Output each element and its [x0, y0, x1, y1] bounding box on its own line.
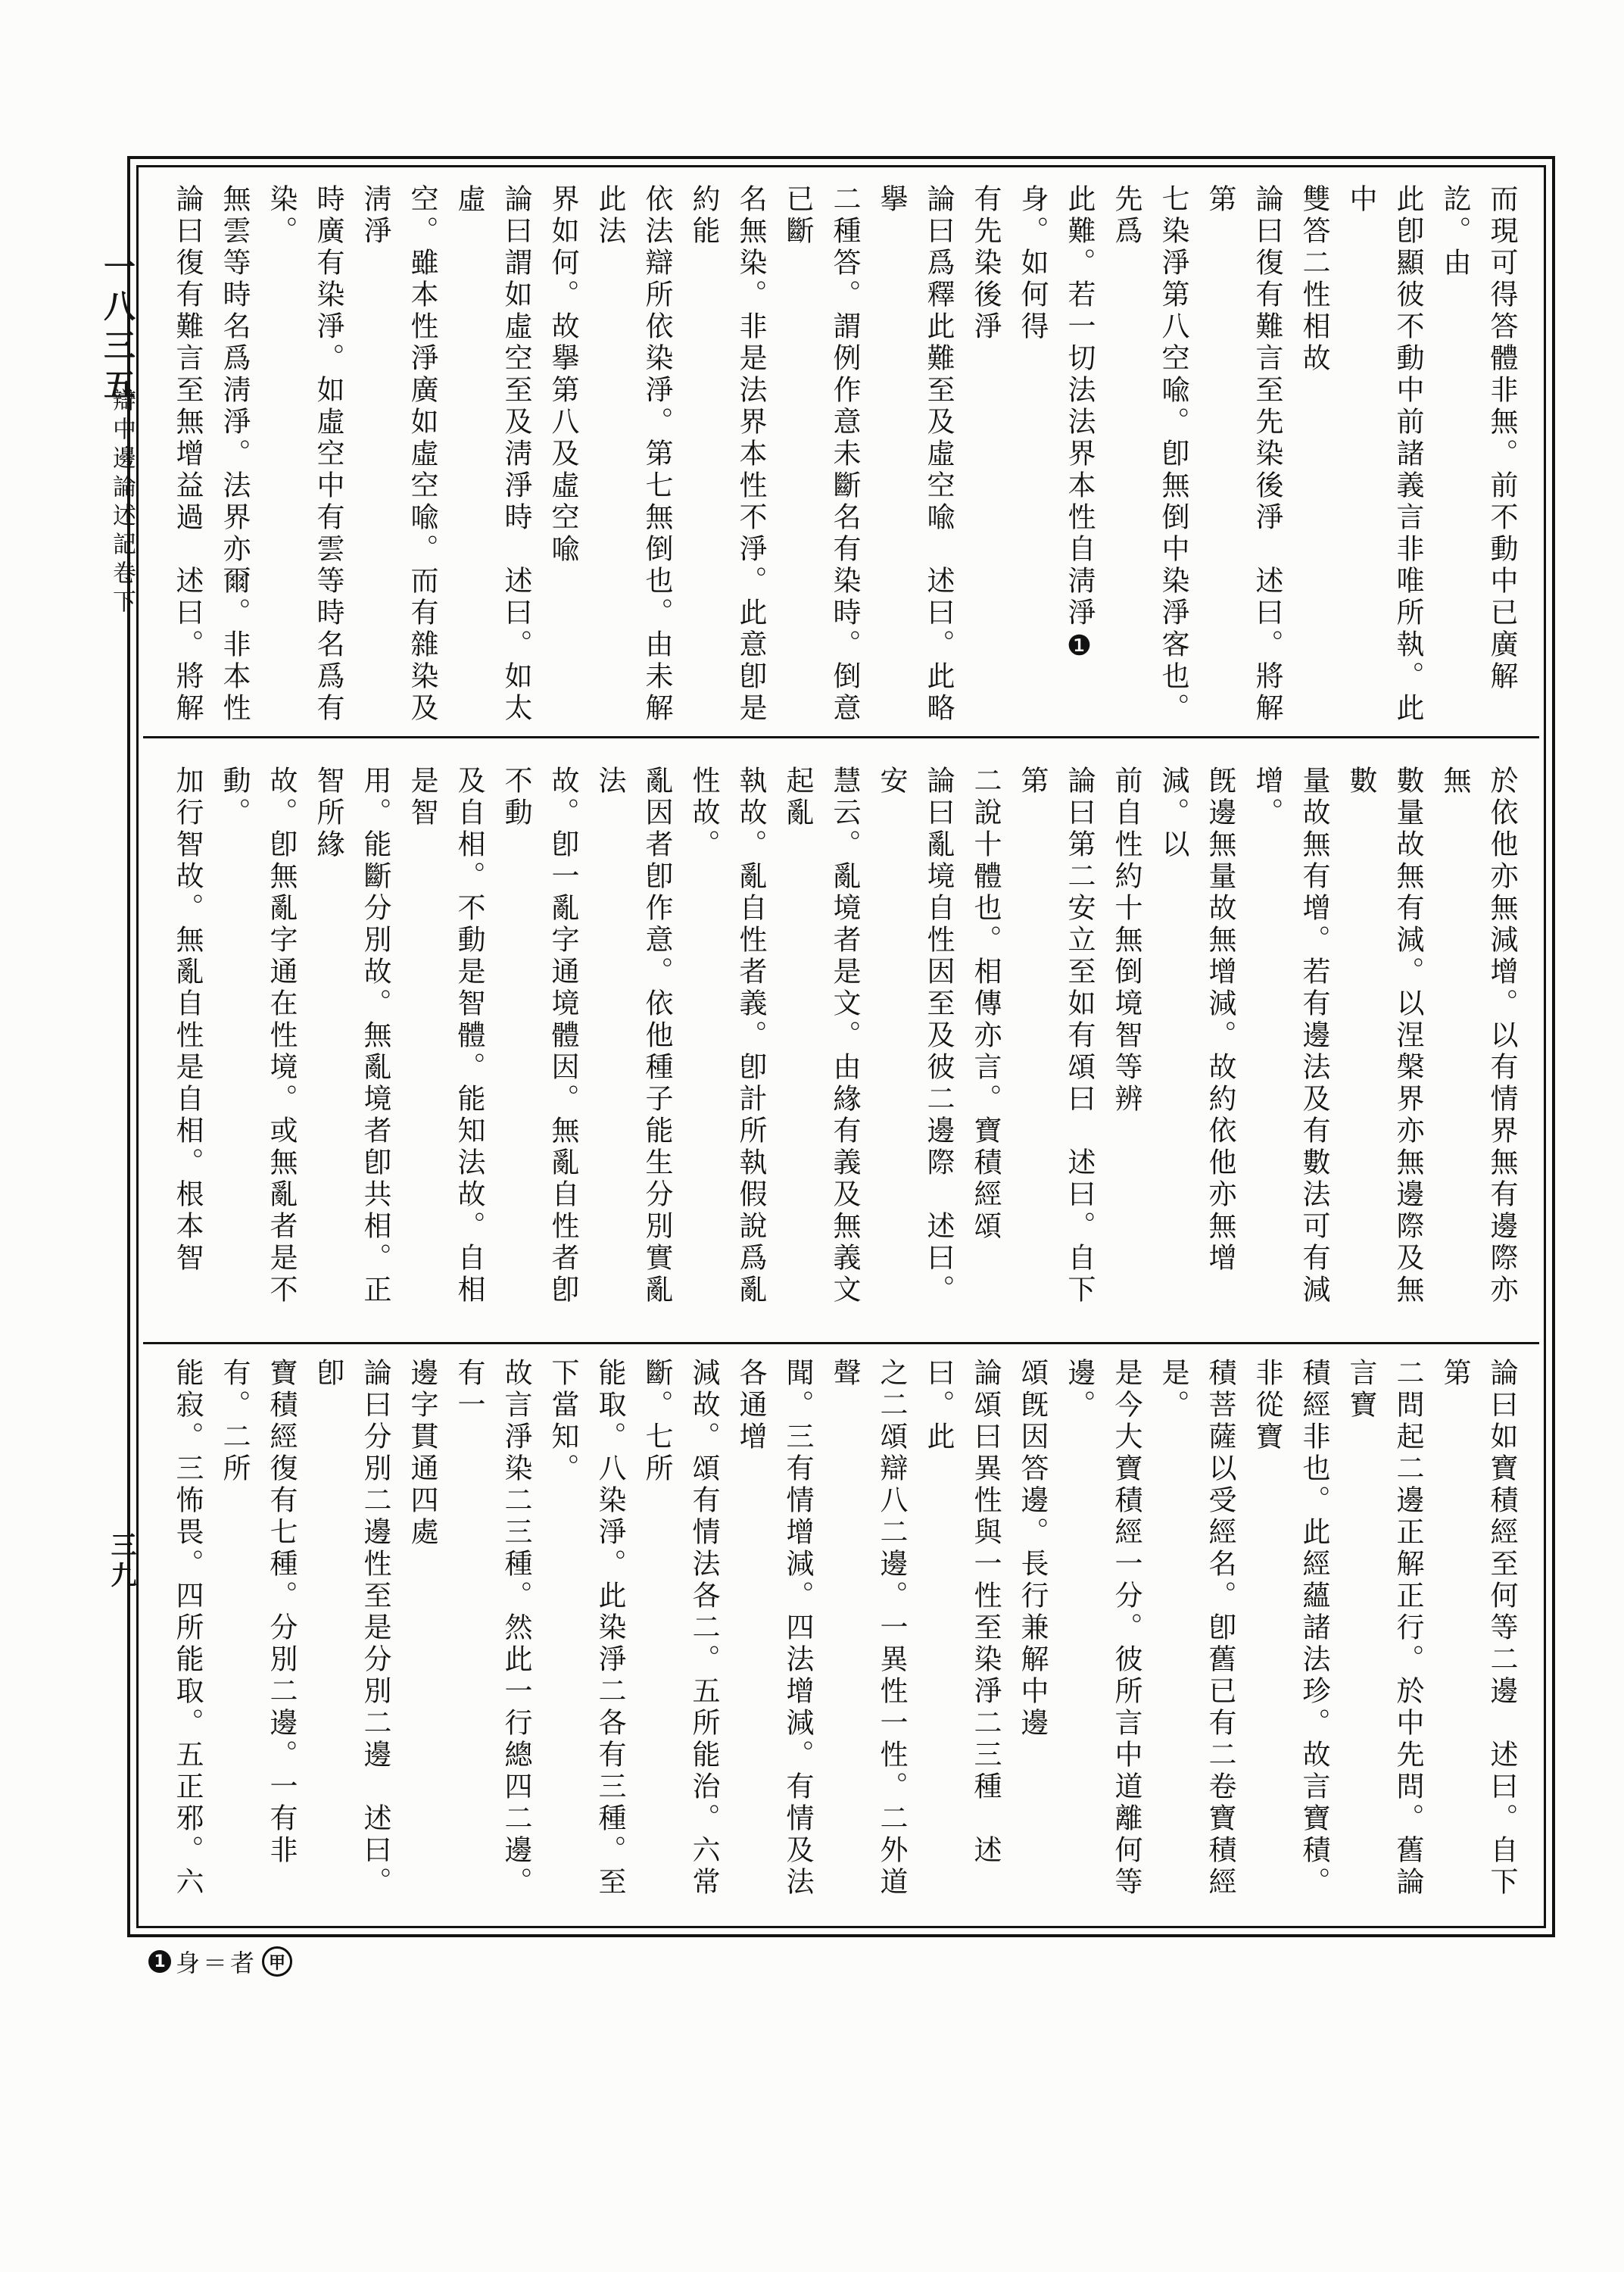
text-column: 空。雖本性淨廣如虛空喩。而有雜染及淸淨 [351, 184, 444, 726]
text-frame: 而現可得答體非無。前不動中已廣解訖。由此卽顯彼不動中前諸義言非唯所執。此中雙答二… [127, 156, 1555, 1937]
text-column: 七染淨第八空喩。卽無倒中染淨客也。先爲 [1102, 184, 1195, 726]
text-column: 雙答二性相故 [1289, 184, 1336, 726]
text-column: 故言淨染二三種。然此一行總四二邊。有一 [444, 1358, 538, 1905]
text-column: 執故。亂自性者義。卽計所執假說爲亂性故。 [679, 766, 773, 1308]
register-divider-1 [143, 736, 1539, 738]
text-column: 頌旣因答邊。長行兼解中邊 [1008, 1358, 1055, 1905]
apparatus-footnote: 1 身＝者 甲 [148, 1946, 292, 1977]
text-column: 前自性約十無倒境智等辨 [1102, 766, 1149, 1308]
text-column: 故。卽一亂字通境體因。無亂自性者卽不動 [491, 766, 585, 1308]
text-column: 慧云。亂境者是文。由緣有義及無義文起亂 [773, 766, 867, 1308]
text-column: 論曰謂如虛空至及淸淨時 述曰。如太虛 [444, 184, 538, 726]
text-column: 論曰如寶積經至何等二邊 述曰。自下第 [1430, 1358, 1524, 1905]
footnote-text: 身＝者 [176, 1944, 257, 1979]
text-column: 寶積經復有七種。分別二邊。一有非有。二所 [210, 1358, 304, 1905]
register-bottom: 論曰如寶積經至何等二邊 述曰。自下第二問起二邊正解正行。於中先問。舊論言寶積經非… [158, 1358, 1524, 1905]
text-column: 邊字貫通四處 [397, 1358, 444, 1905]
register-middle: 於依他亦無減增。以有情界無有邊際亦無數量故無有減。以涅槃界亦無邊際及無數量故無有… [158, 766, 1524, 1308]
text-column: 論曰亂境自性因至及彼二邊際 述曰。安 [867, 766, 961, 1308]
text-column: 亂因者卽作意。依他種子能生分別實亂法 [585, 766, 679, 1308]
text-column: 論曰復有難言至先染後淨 述曰。將解第 [1195, 184, 1289, 726]
text-column: 界如何。故擧第八及虛空喩 [538, 184, 585, 726]
text-column: 論曰分別二邊性至是分別二邊 述曰。卽 [304, 1358, 397, 1905]
text-column: 有先染後淨 [961, 184, 1008, 726]
text-column: 積菩薩以受經名。卽舊已有二卷寶積經是。 [1149, 1358, 1242, 1905]
text-column: 用。能斷分別故。無亂境者卽共相。正智所緣 [304, 766, 397, 1308]
text-column: 是今大寶積經一分。彼所言中道離何等邊。 [1055, 1358, 1149, 1905]
text-column: 此難。若一切法法界本性自淸淨❶身。如何得 [1008, 184, 1102, 726]
text-column: 論頌曰異性與一性至染淨二三種 述曰。此 [914, 1358, 1008, 1905]
text-column: 二問起二邊正解正行。於中先問。舊論言寶 [1336, 1358, 1430, 1905]
text-column: 無雲等時名爲淸淨。法界亦爾。非本性 [210, 184, 257, 726]
text-column: 能取。八染淨。此染淨二各有三種。至下當知。 [538, 1358, 632, 1905]
text-column: 之二頌辯八二邊。一異性一性。二外道聲 [820, 1358, 914, 1905]
text-column: 聞。三有情增減。四法增減。有情及法各通增 [726, 1358, 820, 1905]
text-column: 二種答。謂例作意未斷名有染時。倒意已斷 [773, 184, 867, 726]
text-column: 及自相。不動是智體。能知法故。自相是智 [397, 766, 491, 1308]
text-column: 二說十體也。相傳亦言。寶積經頌 [961, 766, 1008, 1308]
text-column: 於依他亦無減增。以有情界無有邊際亦無 [1430, 766, 1524, 1308]
text-column: 能寂。三怖畏。四所能取。五正邪。六有無用。 [158, 1358, 210, 1905]
text-column: 加行智故。無亂自性是自相。根本智故。亂果 [158, 766, 210, 1308]
text-column: 故。卽無亂字通在性境。或無亂者是不動。 [210, 766, 304, 1308]
text-column: 名無染。非是法界本性不淨。此意卽是約能 [679, 184, 773, 726]
text-column: 此卽顯彼不動中前諸義言非唯所執。此中 [1336, 184, 1430, 726]
text-column: 旣邊無量故無增減。故約依他亦無增減。以 [1149, 766, 1242, 1308]
text-column: 積經非也。此經蘊諸法珍。故言寶積。非從寶 [1242, 1358, 1336, 1905]
text-column: 減故。頌有情法各二。五所能治。六常斷。七所 [632, 1358, 726, 1905]
text-column: 論曰爲釋此難至及虛空喩 述曰。此略擧 [867, 184, 961, 726]
footnote-marker-icon: 1 [148, 1950, 171, 1973]
text-column: 依法辯所依染淨。第七無倒也。由未解此法 [585, 184, 679, 726]
text-frame-inner-border: 而現可得答體非無。前不動中已廣解訖。由此卽顯彼不動中前諸義言非唯所執。此中雙答二… [136, 165, 1546, 1928]
text-column: 時廣有染淨。如虛空中有雲等時名爲有染。 [257, 184, 351, 726]
text-column: 數量故無有減。以涅槃界亦無邊際及無數 [1336, 766, 1430, 1308]
text-column: 論曰第二安立至如有頌曰 述曰。自下第 [1008, 766, 1102, 1308]
register-divider-2 [143, 1342, 1539, 1344]
text-column: 而現可得答體非無。前不動中已廣解訖。由 [1430, 184, 1524, 726]
register-top: 而現可得答體非無。前不動中已廣解訖。由此卽顯彼不動中前諸義言非唯所執。此中雙答二… [158, 184, 1524, 726]
text-column: 量故無有增。若有邊法及有數法可有減增。 [1242, 766, 1336, 1308]
edition-siglum-icon: 甲 [262, 1946, 292, 1977]
text-column: 論曰復有難言至無增益過 述曰。將解第 [158, 184, 210, 726]
